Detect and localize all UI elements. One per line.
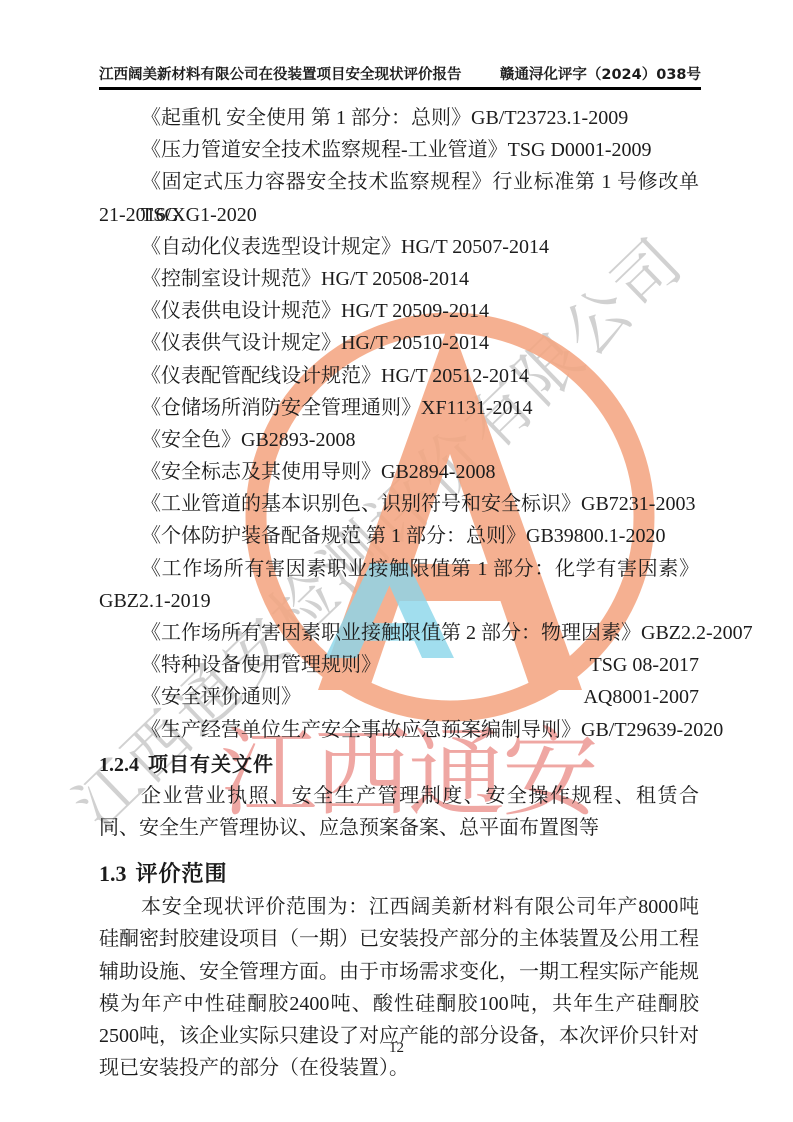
- page-header: 江西阔美新材料有限公司在役装置项目安全现状评价报告 赣通浔化评字（2024）03…: [99, 54, 701, 90]
- page-number: 12: [0, 1040, 793, 1057]
- standard-item: 《安全色》GB2893-2008: [99, 424, 699, 456]
- standard-code: TSG 08-2017: [590, 649, 699, 681]
- header-report-title: 江西阔美新材料有限公司在役装置项目安全现状评价报告: [99, 63, 462, 84]
- standard-item: 《个体防护装备配备规范 第 1 部分：总则》GB39800.1-2020: [99, 520, 699, 552]
- standard-item: 《工业管道的基本识别色、识别符号和安全标识》GB7231-2003: [99, 488, 699, 520]
- section-heading-1-2-4: 1.2.4项目有关文件: [99, 748, 699, 780]
- standard-item-continuation: 21-2016/XG1-2020: [99, 199, 699, 231]
- standard-title: 《生产经营单位生产安全事故应急预案编制导则》: [99, 714, 581, 746]
- standard-item: 《特种设备使用管理规则》 TSG 08-2017: [99, 649, 699, 681]
- standard-item: 《控制室设计规范》HG/T 20508-2014: [99, 263, 699, 295]
- standard-item: 《起重机 安全使用 第 1 部分：总则》GB/T23723.1-2009: [99, 102, 699, 134]
- header-doc-number: 赣通浔化评字（2024）038号: [500, 63, 701, 84]
- section-heading-1-3: 1.3评价范围: [99, 857, 699, 891]
- section-number: 1.2.4: [99, 754, 139, 776]
- standard-code: GB/T29639-2020: [581, 714, 723, 746]
- report-page: 江西通安检测评价有限公司 A 江西通安 江西阔美新材料有限公司在役装置项目安全现…: [0, 0, 793, 1122]
- section-number: 1.3: [99, 861, 127, 886]
- standard-title: 《安全评价通则》: [99, 681, 301, 713]
- standard-item: 《仪表供电设计规范》HG/T 20509-2014: [99, 295, 699, 327]
- standard-item: 《生产经营单位生产安全事故应急预案编制导则》 GB/T29639-2020: [99, 714, 699, 746]
- standard-item: 《工作场所有害因素职业接触限值第 2 部分：物理因素》GBZ2.2-2007: [99, 617, 699, 649]
- section-paragraph: 企业营业执照、安全生产管理制度、安全操作规程、租赁合同、安全生产管理协议、应急预…: [99, 780, 699, 844]
- standard-item: 《自动化仪表选型设计规定》HG/T 20507-2014: [99, 231, 699, 263]
- standard-item: 《仓储场所消防安全管理通则》XF1131-2014: [99, 392, 699, 424]
- page-body: 《起重机 安全使用 第 1 部分：总则》GB/T23723.1-2009 《压力…: [99, 96, 699, 1084]
- standards-list: 《起重机 安全使用 第 1 部分：总则》GB/T23723.1-2009 《压力…: [99, 96, 699, 746]
- standard-item: 《压力管道安全技术监察规程-工业管道》TSG D0001-2009: [99, 134, 699, 166]
- standard-item-continuation: GBZ2.1-2019: [99, 585, 699, 617]
- standard-item: 《安全评价通则》 AQ8001-2007: [99, 681, 699, 713]
- section-title: 项目有关文件: [148, 752, 274, 776]
- standard-item: 《安全标志及其使用导则》GB2894-2008: [99, 456, 699, 488]
- standard-code: AQ8001-2007: [583, 681, 699, 713]
- section-title: 评价范围: [136, 862, 228, 887]
- standard-item: 《仪表配管配线设计规范》HG/T 20512-2014: [99, 360, 699, 392]
- standard-title: 《特种设备使用管理规则》: [99, 649, 381, 681]
- standard-item: 《仪表供气设计规定》HG/T 20510-2014: [99, 327, 699, 359]
- standard-item: 《固定式压力容器安全技术监察规程》行业标准第 1 号修改单 TSG: [99, 166, 699, 198]
- standard-item: 《工作场所有害因素职业接触限值第 1 部分：化学有害因素》: [99, 553, 699, 585]
